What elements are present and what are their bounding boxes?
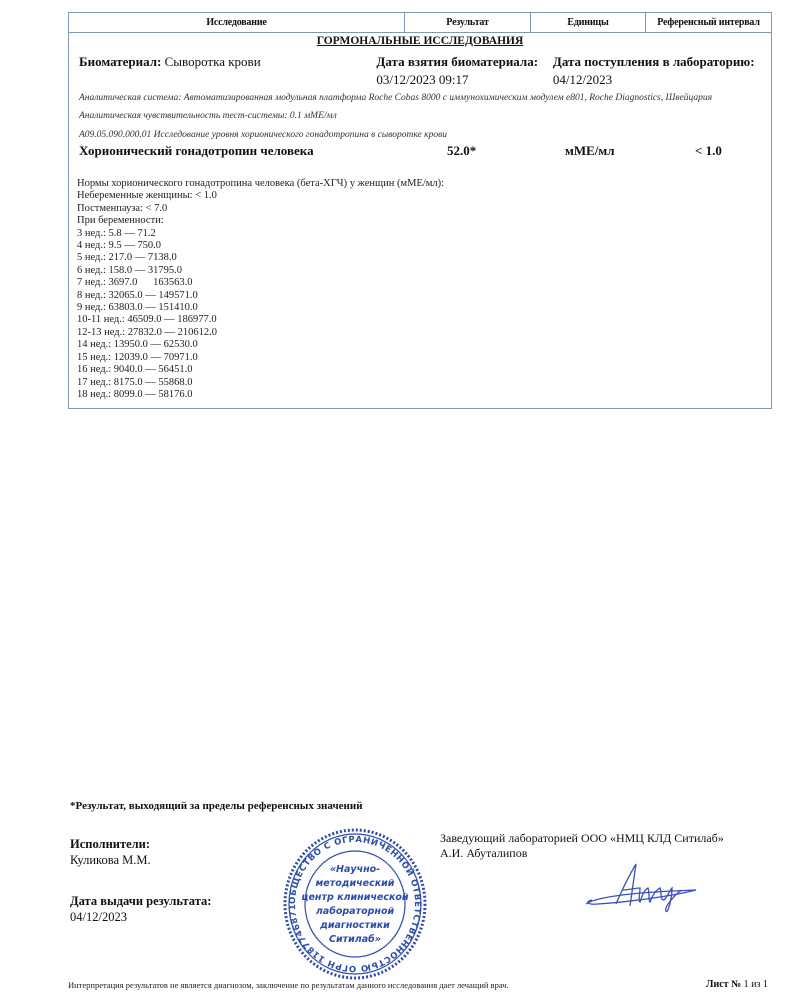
result-name: Хорионический гонадотропин человека [79, 143, 447, 159]
biomaterial: Биоматериал: Сыворотка крови [79, 54, 376, 88]
stamp-line: диагностики [319, 920, 390, 931]
norm-line: 17 нед.: 8175.0 — 55868.0 [77, 377, 771, 389]
norm-line: 12-13 нед.: 27832.0 — 210612.0 [77, 327, 771, 339]
head-of-lab: Заведующий лабораторией ООО «НМЦ КЛД Сит… [440, 831, 724, 861]
norm-line: 6 нед.: 158.0 — 31795.0 [77, 265, 771, 277]
stamp-line: центр клинической [301, 892, 409, 903]
biomaterial-value: Сыворотка крови [165, 54, 261, 69]
reference-norms: Нормы хорионического гонадотропина челов… [69, 178, 771, 401]
norm-line: 18 нед.: 8099.0 — 58176.0 [77, 389, 771, 401]
header-reference: Референсный интервал [646, 13, 771, 32]
signature-icon [578, 860, 703, 915]
table-header: Исследование Результат Единицы Референсн… [69, 13, 771, 33]
issue-date-label: Дата выдачи результата: [70, 893, 211, 909]
biomaterial-label: Биоматериал: [79, 54, 161, 69]
norm-line: 9 нед.: 63803.0 — 151410.0 [77, 302, 771, 314]
received-date-value: 04/12/2023 [553, 72, 771, 88]
header-result: Результат [405, 13, 531, 32]
executors-label: Исполнители: [70, 836, 151, 852]
sheet-value: 1 из 1 [744, 979, 768, 990]
result-row: Хорионический гонадотропин человека 52.0… [69, 143, 771, 159]
result-value: 52.0* [447, 143, 565, 159]
head-title: Заведующий лабораторией ООО «НМЦ КЛД Сит… [440, 831, 724, 846]
norm-line: 7 нед.: 3697.0 163563.0 [77, 277, 771, 289]
issue-date: Дата выдачи результата: 04/12/2023 [70, 893, 211, 925]
sheet-number: Лист № 1 из 1 [706, 979, 768, 990]
disclaimer: Интерпретация результатов не является ди… [68, 980, 509, 990]
norm-line: Небеременные женщины: < 1.0 [77, 190, 771, 202]
norm-line: 4 нед.: 9.5 — 750.0 [77, 240, 771, 252]
analytic-system: Аналитическая система: Автоматизированна… [69, 92, 771, 105]
received-date: Дата поступления в лабораторию: 04/12/20… [553, 54, 771, 88]
norm-line: 3 нед.: 5.8 — 71.2 [77, 228, 771, 240]
stamp-line: «Научно- [330, 864, 380, 875]
result-units: мМЕ/мл [565, 143, 695, 159]
norm-line: 14 нед.: 13950.0 — 62530.0 [77, 339, 771, 351]
collection-date-value: 03/12/2023 09:17 [376, 72, 552, 88]
out-of-range-footnote: *Результат, выходящий за пределы референ… [70, 800, 363, 812]
issue-date-value: 04/12/2023 [70, 909, 211, 925]
norm-line: 5 нед.: 217.0 — 7138.0 [77, 252, 771, 264]
head-name: А.И. Абуталипов [440, 846, 724, 861]
norm-line: 8 нед.: 32065.0 — 149571.0 [77, 290, 771, 302]
section-title: ГОРМОНАЛЬНЫЕ ИССЛЕДОВАНИЯ [69, 34, 771, 49]
norm-line: Постменпауза: < 7.0 [77, 203, 771, 215]
analytic-sensitivity: Аналитическая чувствительность тест-сист… [69, 110, 771, 123]
result-reference: < 1.0 [695, 143, 771, 159]
stamp-line: лабораторной [316, 906, 395, 917]
collection-date-label: Дата взятия биоматериала: [376, 54, 552, 70]
study-code: A09.05.090.000.01 Исследование уровня хо… [69, 130, 771, 140]
norm-line: 16 нед.: 9040.0 — 56451.0 [77, 364, 771, 376]
norm-line: При беременности: [77, 215, 771, 227]
stamp-line: методический [316, 878, 395, 889]
collection-date: Дата взятия биоматериала: 03/12/2023 09:… [376, 54, 552, 88]
norm-line: 15 нед.: 12039.0 — 70971.0 [77, 352, 771, 364]
norm-line: 10-11 нед.: 46509.0 — 186977.0 [77, 314, 771, 326]
lab-stamp-icon: ОБЩЕСТВО С ОГРАНИЧЕННОЙ ОТВЕТСТВЕННОСТЬЮ… [283, 826, 428, 981]
executors: Исполнители: Куликова М.М. [70, 836, 151, 868]
sample-info: Биоматериал: Сыворотка крови Дата взятия… [69, 54, 771, 88]
sheet-label: Лист № [706, 979, 741, 990]
lab-report-table: Исследование Результат Единицы Референсн… [68, 12, 772, 409]
norms-title: Нормы хорионического гонадотропина челов… [77, 178, 771, 190]
executors-value: Куликова М.М. [70, 852, 151, 868]
received-date-label: Дата поступления в лабораторию: [553, 54, 771, 70]
stamp-line: Ситилаб» [329, 934, 381, 945]
header-study: Исследование [69, 13, 405, 32]
header-units: Единицы [531, 13, 646, 32]
